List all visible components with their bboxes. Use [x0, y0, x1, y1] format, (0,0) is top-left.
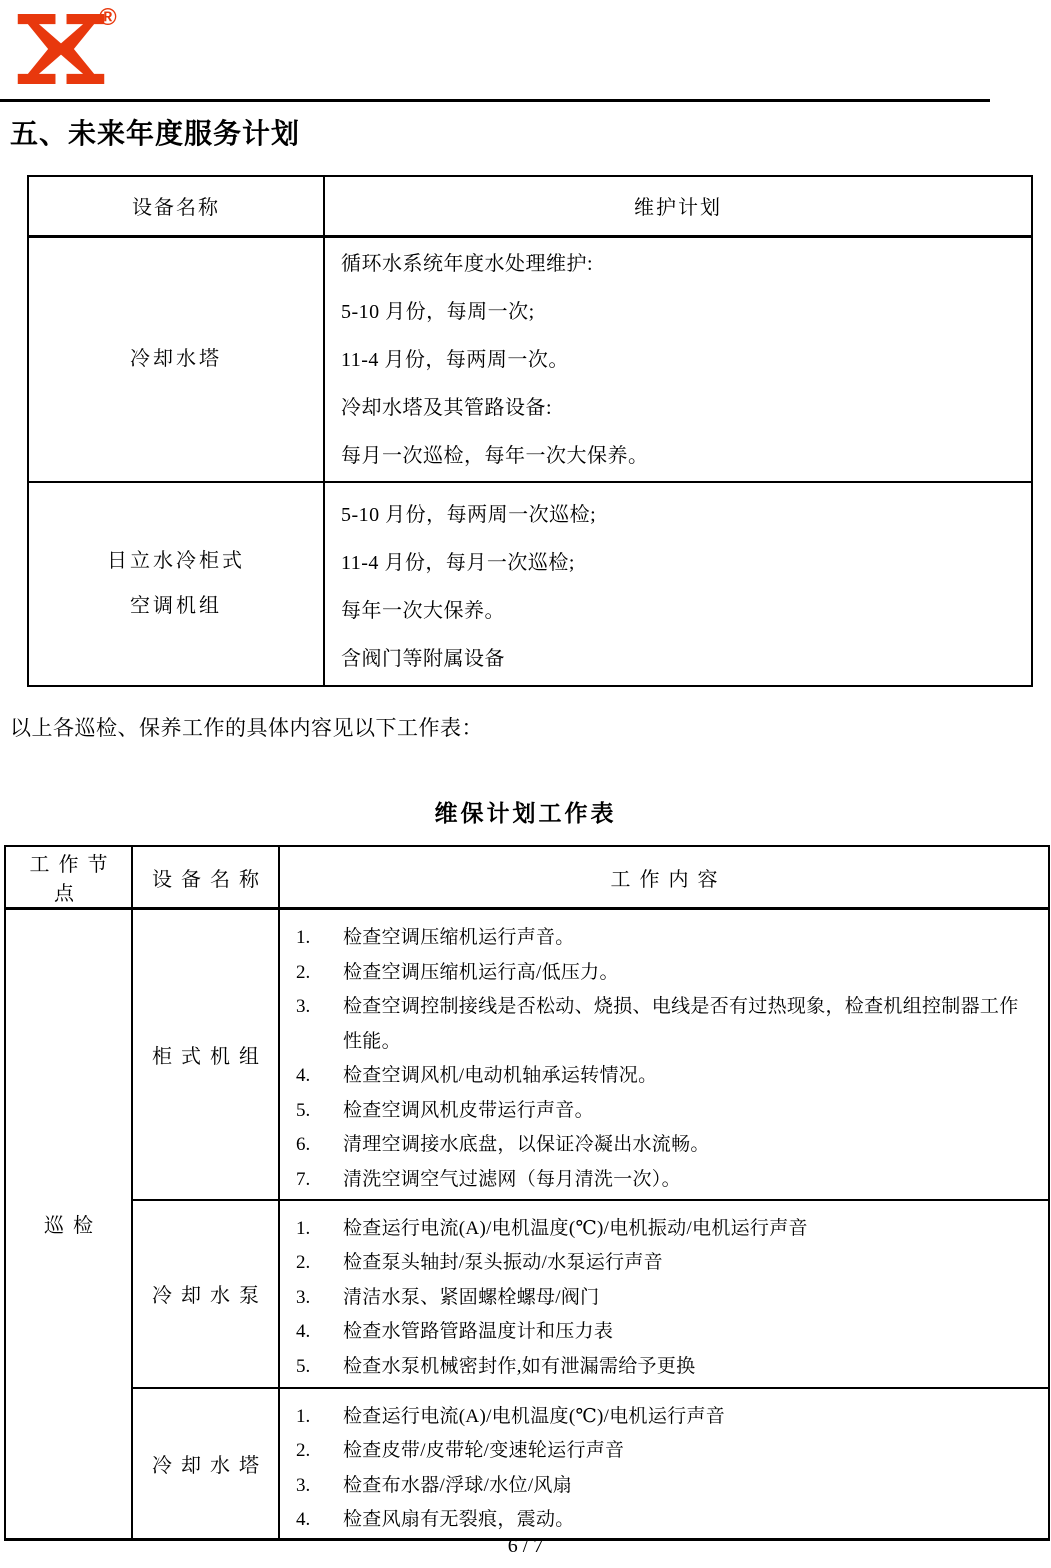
maintenance-plan-line: 含阀门等附属设备: [341, 635, 1015, 683]
column-header-equipment: 设备名称: [28, 176, 324, 236]
work-item-number: 3.: [296, 1469, 343, 1504]
work-content-cell: 1.检查空调压缩机运行声音。2.检查空调压缩机运行高/低压力。3.检查空调控制接…: [279, 909, 1049, 1200]
work-item-text: 检查布水器/浮球/水位/风扇: [343, 1469, 1036, 1504]
work-item-text: 检查泵头轴封/泵头振动/水泵运行声音: [343, 1246, 1036, 1281]
work-item: 4.检查水管路管路温度计和压力表: [296, 1315, 1036, 1350]
equipment-name-line: 冷却水塔: [30, 337, 322, 382]
maintenance-plan-line: 每年一次大保养。: [341, 587, 1015, 635]
work-item-number: 1.: [296, 1212, 343, 1247]
equipment-name-cell: 冷却水塔: [132, 1388, 279, 1540]
work-item: 3.清洁水泵、紧固螺栓螺母/阀门: [296, 1281, 1036, 1316]
work-item-text: 检查运行电流(A)/电机温度(℃)/电机运行声音: [343, 1400, 1036, 1435]
work-item-text: 检查空调压缩机运行声音。: [343, 921, 1036, 956]
work-item: 1.检查运行电流(A)/电机温度(℃)/电机运行声音: [296, 1400, 1036, 1435]
service-plan-header-row: 设备名称 维护计划: [28, 176, 1032, 236]
maintenance-plan-line: 11-4 月份，每两周一次。: [341, 336, 1015, 384]
work-item-text: 检查水管路管路温度计和压力表: [343, 1315, 1036, 1350]
work-item: 1.检查空调压缩机运行声音。: [296, 921, 1036, 956]
work-item: 2.检查空调压缩机运行高/低压力。: [296, 956, 1036, 991]
work-item-text: 检查空调控制接线是否松动、烧损、电线是否有过热现象，检查机组控制器工作性能。: [343, 990, 1036, 1059]
work-item: 4.检查风扇有无裂痕，震动。: [296, 1503, 1036, 1538]
maintenance-plan-cell: 5-10 月份，每两周一次巡检;11-4 月份，每月一次巡检;每年一次大保养。含…: [324, 482, 1032, 686]
work-item-number: 3.: [296, 990, 343, 1059]
work-item-text: 清洁水泵、紧固螺栓螺母/阀门: [343, 1281, 1036, 1316]
work-item-number: 4.: [296, 1503, 343, 1538]
column-header-equipment: 设备名称: [132, 846, 279, 909]
work-content-cell: 1.检查运行电流(A)/电机温度(℃)/电机振动/电机运行声音2.检查泵头轴封/…: [279, 1200, 1049, 1388]
work-item-text: 检查皮带/皮带轮/变速轮运行声音: [343, 1434, 1036, 1469]
company-logo: ®: [15, 8, 135, 98]
work-table: 工作节点 设备名称 工作内容 巡检柜式机组1.检查空调压缩机运行声音。2.检查空…: [4, 845, 1050, 1541]
equipment-name-cell: 柜式机组: [132, 909, 279, 1200]
work-table-row: 冷却水泵1.检查运行电流(A)/电机温度(℃)/电机振动/电机运行声音2.检查泵…: [5, 1200, 1049, 1388]
service-plan-table: 设备名称 维护计划 冷却水塔循环水系统年度水处理维护:5-10 月份，每周一次;…: [27, 175, 1033, 687]
work-table-header-row: 工作节点 设备名称 工作内容: [5, 846, 1049, 909]
work-item-text: 检查空调压缩机运行高/低压力。: [343, 956, 1036, 991]
work-item-number: 2.: [296, 1246, 343, 1281]
work-item-number: 5.: [296, 1094, 343, 1129]
work-table-row: 冷却水塔1.检查运行电流(A)/电机温度(℃)/电机运行声音2.检查皮带/皮带轮…: [5, 1388, 1049, 1540]
maintenance-plan-line: 5-10 月份，每两周一次巡检;: [341, 491, 1015, 539]
section-title: 五、未来年度服务计划: [10, 112, 300, 152]
document-page: ® 五、未来年度服务计划 设备名称 维护计划 冷却水塔循环水系统年度水处理维护:…: [0, 0, 1051, 1568]
logo-x-mark: [15, 8, 107, 90]
work-item-number: 6.: [296, 1128, 343, 1163]
work-table-title: 维保计划工作表: [0, 795, 1051, 828]
maintenance-plan-line: 11-4 月份，每月一次巡检;: [341, 539, 1015, 587]
work-item-number: 2.: [296, 1434, 343, 1469]
work-item-number: 4.: [296, 1059, 343, 1094]
work-item-text: 检查水泵机械密封作,如有泄漏需给予更换: [343, 1350, 1036, 1385]
registered-trademark-icon: ®: [99, 4, 117, 32]
work-item-number: 3.: [296, 1281, 343, 1316]
work-node-cell: 巡检: [5, 909, 132, 1540]
work-item: 3.检查布水器/浮球/水位/风扇: [296, 1469, 1036, 1504]
work-item: 1.检查运行电流(A)/电机温度(℃)/电机振动/电机运行声音: [296, 1212, 1036, 1247]
work-item: 2.检查皮带/皮带轮/变速轮运行声音: [296, 1434, 1036, 1469]
work-content-cell: 1.检查运行电流(A)/电机温度(℃)/电机运行声音2.检查皮带/皮带轮/变速轮…: [279, 1388, 1049, 1540]
work-item-text: 检查运行电流(A)/电机温度(℃)/电机振动/电机运行声音: [343, 1212, 1036, 1247]
work-item: 4.检查空调风机/电动机轴承运转情况。: [296, 1059, 1036, 1094]
work-item-number: 1.: [296, 1400, 343, 1435]
work-item-text: 清理空调接水底盘，以保证冷凝出水流畅。: [343, 1128, 1036, 1163]
work-item-number: 1.: [296, 921, 343, 956]
equipment-name-cell: 冷却水塔: [28, 236, 324, 482]
work-item: 6.清理空调接水底盘，以保证冷凝出水流畅。: [296, 1128, 1036, 1163]
work-item-number: 7.: [296, 1163, 343, 1198]
work-item-number: 2.: [296, 956, 343, 991]
work-item-text: 检查空调风机皮带运行声音。: [343, 1094, 1036, 1129]
work-item: 5.检查空调风机皮带运行声音。: [296, 1094, 1036, 1129]
maintenance-plan-cell: 循环水系统年度水处理维护:5-10 月份，每周一次;11-4 月份，每两周一次。…: [324, 236, 1032, 482]
maintenance-plan-line: 冷却水塔及其管路设备:: [341, 384, 1015, 432]
work-item-text: 清洗空调空气过滤网（每月清洗一次）。: [343, 1163, 1036, 1198]
equipment-name-cell: 日立水冷柜式空调机组: [28, 482, 324, 686]
column-header-work-node: 工作节点: [5, 846, 132, 909]
maintenance-plan-line: 5-10 月份，每周一次;: [341, 288, 1015, 336]
work-item-text: 检查风扇有无裂痕，震动。: [343, 1503, 1036, 1538]
work-item-number: 5.: [296, 1350, 343, 1385]
service-plan-row: 冷却水塔循环水系统年度水处理维护:5-10 月份，每周一次;11-4 月份，每两…: [28, 236, 1032, 482]
work-item-number: 4.: [296, 1315, 343, 1350]
work-item: 2.检查泵头轴封/泵头振动/水泵运行声音: [296, 1246, 1036, 1281]
column-header-plan: 维护计划: [324, 176, 1032, 236]
work-item: 3.检查空调控制接线是否松动、烧损、电线是否有过热现象，检查机组控制器工作性能。: [296, 990, 1036, 1059]
maintenance-plan-line: 每月一次巡检，每年一次大保养。: [341, 432, 1015, 480]
maintenance-plan-line: 循环水系统年度水处理维护:: [341, 240, 1015, 288]
work-item-text: 检查空调风机/电动机轴承运转情况。: [343, 1059, 1036, 1094]
work-table-row: 巡检柜式机组1.检查空调压缩机运行声音。2.检查空调压缩机运行高/低压力。3.检…: [5, 909, 1049, 1200]
header-divider: [0, 99, 990, 102]
equipment-name-line: 空调机组: [30, 584, 322, 629]
intro-text: 以上各巡检、保养工作的具体内容见以下工作表：: [10, 712, 483, 742]
work-item: 7.清洗空调空气过滤网（每月清洗一次）。: [296, 1163, 1036, 1198]
service-plan-row: 日立水冷柜式空调机组5-10 月份，每两周一次巡检;11-4 月份，每月一次巡检…: [28, 482, 1032, 686]
work-item: 5.检查水泵机械密封作,如有泄漏需给予更换: [296, 1350, 1036, 1385]
equipment-name-cell: 冷却水泵: [132, 1200, 279, 1388]
page-number: 6 / 7: [0, 1535, 1051, 1558]
equipment-name-line: 日立水冷柜式: [30, 539, 322, 584]
column-header-work-content: 工作内容: [279, 846, 1049, 909]
